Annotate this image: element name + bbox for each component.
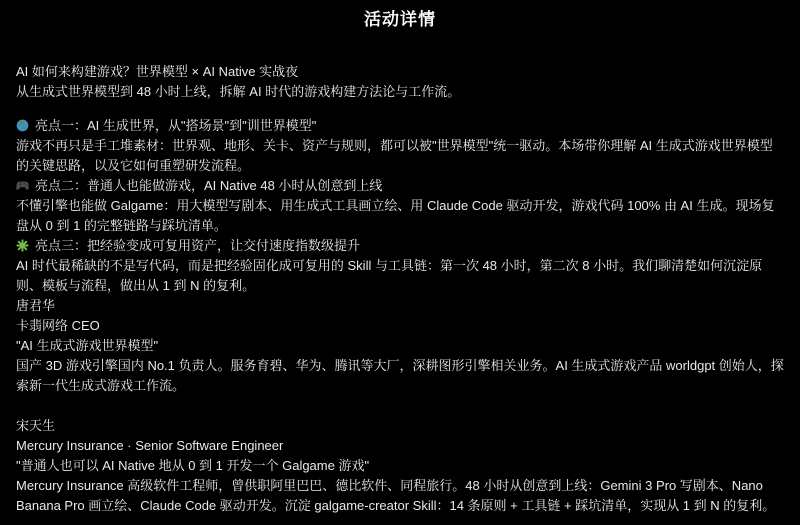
speaker-1-name: 唐君华 <box>16 296 784 316</box>
speaker-block-2: 宋天生 Mercury Insurance · Senior Software … <box>16 416 784 516</box>
speaker-2-topic: "普通人也可以 AI Native 地从 0 到 1 开发一个 Galgame … <box>16 456 784 476</box>
speaker-block-1: 唐君华 卡翡网络 CEO "AI 生成式游戏世界模型" 国产 3D 游戏引擎国内… <box>16 296 784 396</box>
highlight-section-2: 亮点二：普通人也能做游戏，AI Native 48 小时从创意到上线 不懂引擎也… <box>16 176 784 236</box>
speaker-1-role: 卡翡网络 CEO <box>16 316 784 336</box>
speaker-2-role: Mercury Insurance · Senior Software Engi… <box>16 436 784 456</box>
highlight-1-title-row: 亮点一：AI 生成世界，从"搭场景"到"训世界模型" <box>16 116 784 136</box>
highlight-1-body: 游戏不再只是手工堆素材：世界观、地形、关卡、资产与规则，都可以被"世界模型"统一… <box>16 136 784 176</box>
highlight-3-title: 亮点三：把经验变成可复用资产，让交付速度指数级提升 <box>35 238 360 253</box>
highlight-2-title: 亮点二：普通人也能做游戏，AI Native 48 小时从创意到上线 <box>35 178 382 193</box>
event-intro: AI 如何来构建游戏？世界模型 × AI Native 实战夜 从生成式世界模型… <box>16 62 784 102</box>
highlight-3-title-row: 亮点三：把经验变成可复用资产，让交付速度指数级提升 <box>16 236 784 256</box>
page-title: 活动详情 <box>16 8 784 32</box>
event-detail-page: 活动详情 AI 如何来构建游戏？世界模型 × AI Native 实战夜 从生成… <box>0 0 800 525</box>
green-asterisk-icon <box>16 239 29 252</box>
event-title-line: AI 如何来构建游戏？世界模型 × AI Native 实战夜 <box>16 62 784 82</box>
highlight-3-body: AI 时代最稀缺的不是写代码，而是把经验固化成可复用的 Skill 与工具链：第… <box>16 256 784 296</box>
speaker-1-bio: 国产 3D 游戏引擎国内 No.1 负责人。服务育碧、华为、腾讯等大厂，深耕图形… <box>16 356 784 396</box>
globe-icon <box>16 119 29 132</box>
highlight-1-title: 亮点一：AI 生成世界，从"搭场景"到"训世界模型" <box>35 118 316 133</box>
speaker-1-topic: "AI 生成式游戏世界模型" <box>16 336 784 356</box>
event-detail-content: AI 如何来构建游戏？世界模型 × AI Native 实战夜 从生成式世界模型… <box>16 62 784 516</box>
speaker-2-bio: Mercury Insurance 高级软件工程师，曾供职阿里巴巴、德比软件、同… <box>16 476 784 516</box>
event-subtitle-line: 从生成式世界模型到 48 小时上线，拆解 AI 时代的游戏构建方法论与工作流。 <box>16 82 784 102</box>
highlight-section-1: 亮点一：AI 生成世界，从"搭场景"到"训世界模型" 游戏不再只是手工堆素材：世… <box>16 116 784 176</box>
game-controller-icon <box>16 179 29 192</box>
speaker-2-name: 宋天生 <box>16 416 784 436</box>
highlight-2-title-row: 亮点二：普通人也能做游戏，AI Native 48 小时从创意到上线 <box>16 176 784 196</box>
highlight-2-body: 不懂引擎也能做 Galgame：用大模型写剧本、用生成式工具画立绘、用 Clau… <box>16 196 784 236</box>
highlight-section-3: 亮点三：把经验变成可复用资产，让交付速度指数级提升 AI 时代最稀缺的不是写代码… <box>16 236 784 296</box>
